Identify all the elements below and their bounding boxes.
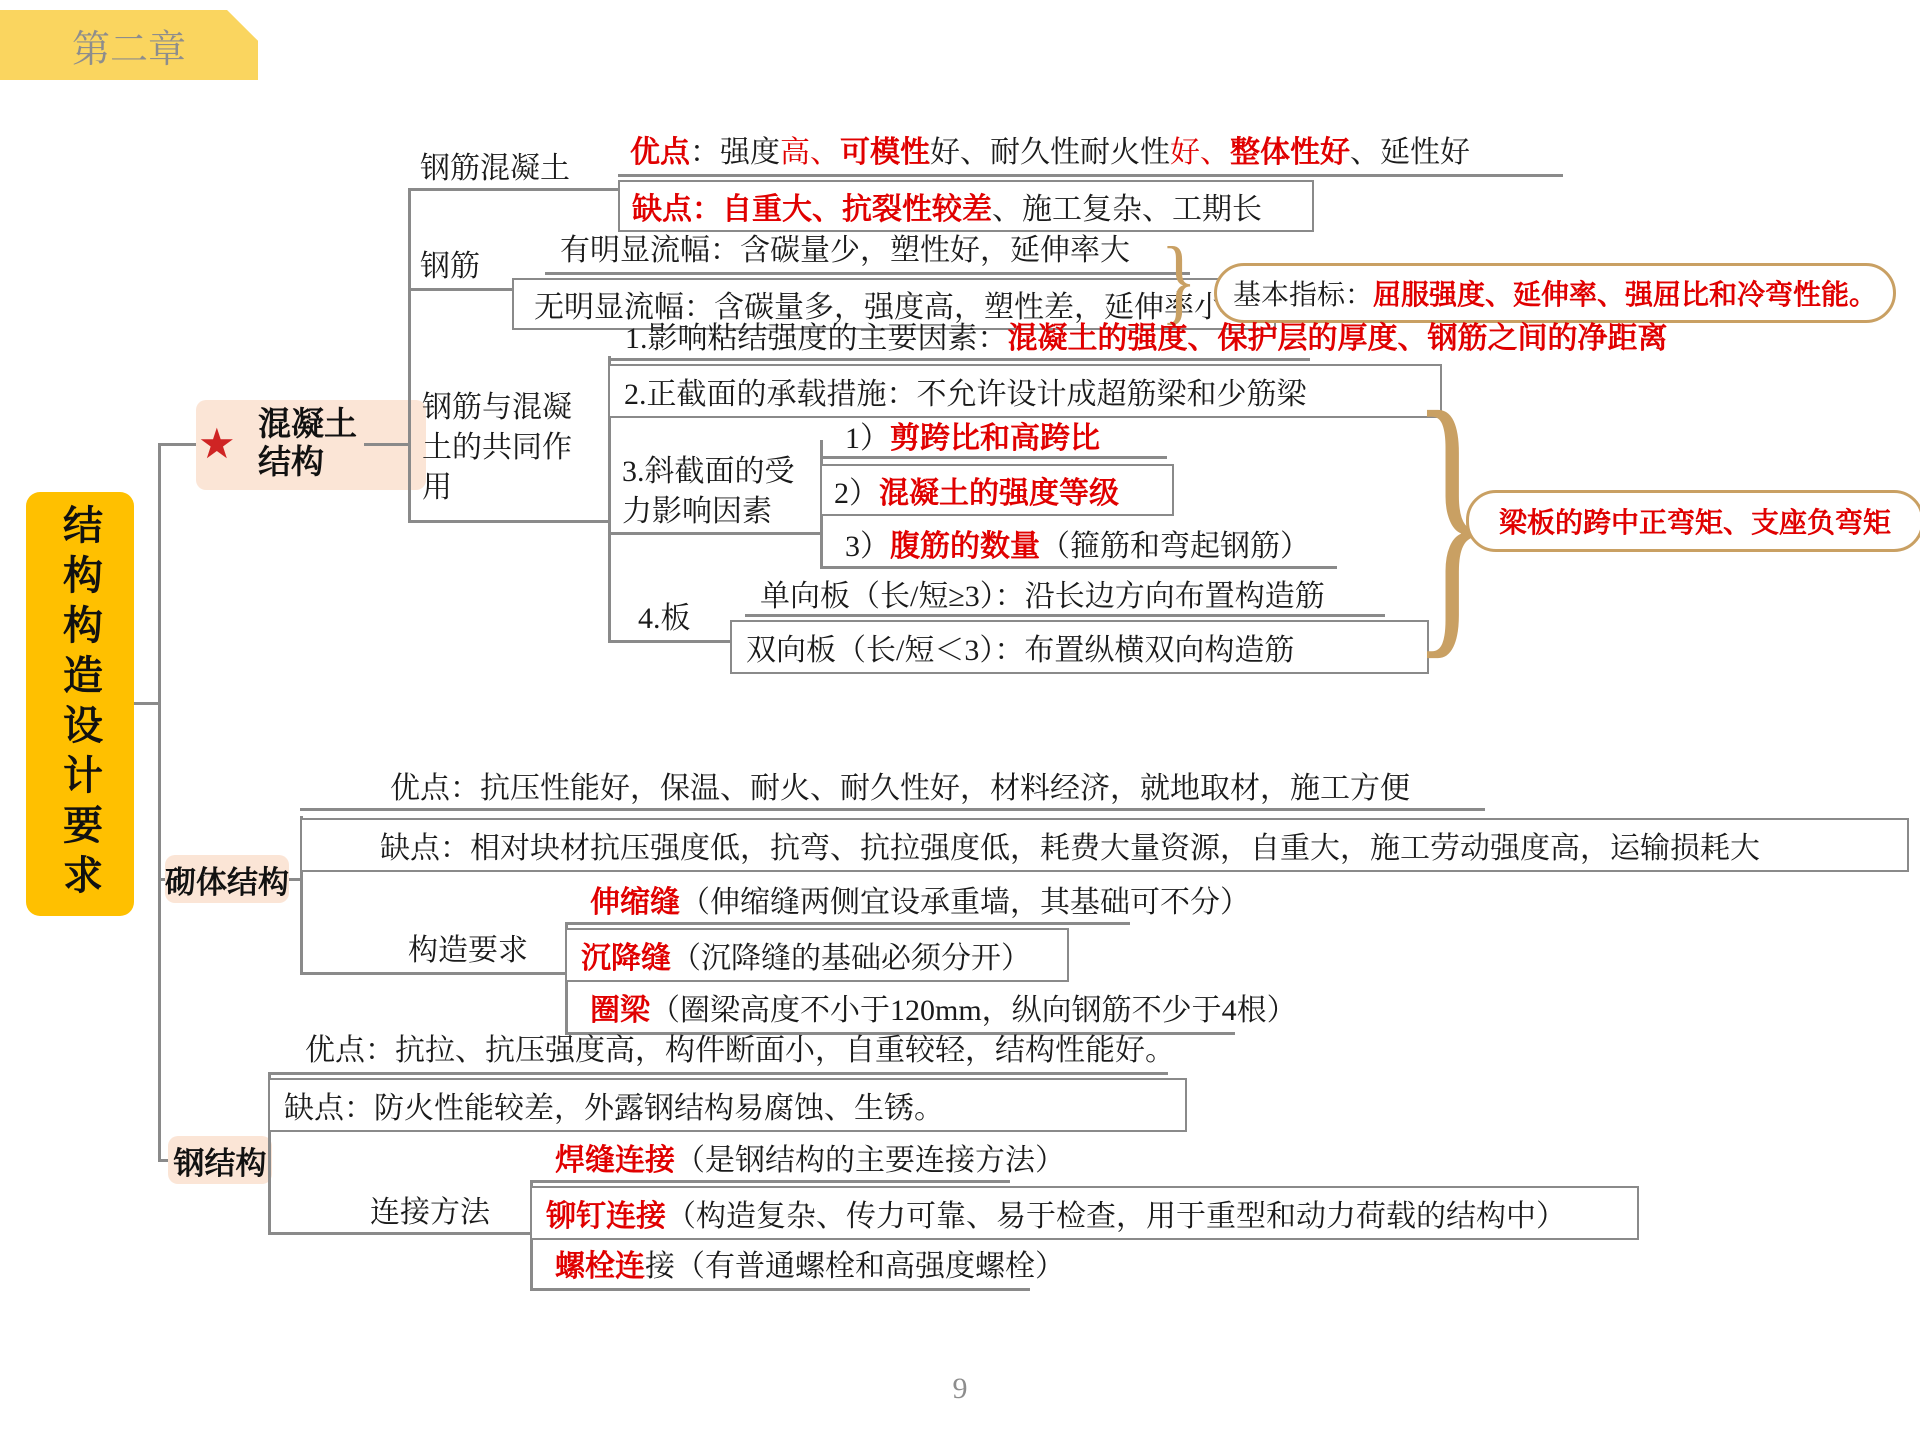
connector [134,702,158,705]
masonry-pros-text: 优点：抗压性能好，保温、耐火、耐久性好，材料经济，就地取材，施工方便 [390,770,1410,808]
connector [158,443,198,446]
label-reinforced-concrete: 钢筋混凝土 [420,150,570,188]
star-icon: ★ [198,424,236,466]
page-number: 9 [0,1372,1920,1406]
diagonal-item2-box: 2）混凝土的强度等级 [820,464,1174,516]
diagonal-item1-text: 1）剪跨比和高跨比 [845,420,1100,458]
connector [408,520,608,523]
node-steel-structure: 钢结构 [168,1136,272,1184]
joint-factor1-text: 1.影响粘结强度的主要因素：混凝土的强度、保护层的厚度、钢筋之间的净距离 [625,320,1668,358]
callout-basic-indicators: 基本指标：屈服强度、延伸率、强屈比和冷弯性能。 [1214,263,1896,323]
steel-item-weld-connection: 焊缝连接（是钢结构的主要连接方法） [555,1142,1065,1180]
label-diagonal-section: 3.斜截面的受力影响因素 [622,452,814,532]
connector [268,1232,530,1235]
slab-twoway-box: 双向板（长/短＜3）：布置纵横双向构造筋 [730,620,1429,674]
connector [408,188,622,191]
connector [530,1288,1030,1291]
rebar-with-yield-text: 有明显流幅：含碳量少，塑性好，延伸率大 [560,232,1130,270]
connector [820,566,1337,569]
node-concrete-label: 混凝土结构 [258,407,363,483]
node-steel-label: 钢结构 [174,1138,267,1183]
joint-factor2-box: 2.正截面的承载措施：不允许设计成超筋梁和少筋梁 [608,364,1442,418]
masonry-item-settlement-joint: 沉降缝（沉降缝的基础必须分开） [567,933,1031,977]
steel-cons-text: 缺点：防火性能较差，外露钢结构易腐蚀、生锈。 [270,1083,944,1127]
connector [820,456,1167,459]
connector [158,444,161,1162]
label-slab: 4.板 [638,600,691,638]
connector [364,443,408,446]
masonry-item-ring-beam: 圈梁（圈梁高度不小于120mm，纵向钢筋不少于4根） [590,992,1297,1030]
node-masonry-label: 砌体结构 [165,857,289,902]
steel-item-rivet-connection-box: 铆钉连接（构造复杂、传力可靠、易于检查，用于重型和动力荷载的结构中） [530,1186,1639,1240]
diagonal-item2-text: 2）混凝土的强度等级 [822,468,1119,512]
connector [530,1180,1010,1183]
steel-item-bolt-connection: 螺栓连接（有普通螺栓和高强度螺栓） [555,1248,1065,1286]
connector [745,614,1385,617]
steel-pros-text: 优点：抗拉、抗压强度高，构件断面小，自重较轻，结构性能好。 [305,1032,1175,1070]
label-joint-action: 钢筋与混凝土的共同作用 [422,388,584,508]
masonry-cons-box: 缺点：相对块材抗压强度低，抗弯、抗拉强度低，耗费大量资源，自重大，施工劳动强度高… [300,818,1909,872]
steel-item-rivet-connection: 铆钉连接（构造复杂、传力可靠、易于检查，用于重型和动力荷载的结构中） [532,1191,1566,1235]
rc-cons-box: 缺点：自重大、抗裂性较差、施工复杂、工期长 [618,180,1314,232]
connector [268,1072,1168,1075]
connector [545,272,1190,275]
slab-twoway-text: 双向板（长/短＜3）：布置纵横双向构造筋 [732,625,1294,669]
chapter-tag: 第二章 [0,10,258,80]
masonry-item-expansion-joint: 伸缩缝（伸缩缝两侧宜设承重墙，其基础可不分） [590,884,1250,922]
node-masonry-structure: 砌体结构 [165,855,289,903]
steel-cons-box: 缺点：防火性能较差，外露钢结构易腐蚀、生锈。 [268,1078,1187,1132]
rc-pros-text: 优点：强度高、可模性好、耐久性耐火性好、整体性好、延性好 [630,134,1470,172]
slab-oneway-text: 单向板（长/短≥3）：沿长边方向布置构造筋 [760,578,1325,616]
label-connection-methods: 连接方法 [370,1194,490,1232]
root-node: 结构构造设计要求 [26,492,134,916]
brace-small: } [1161,232,1197,328]
connector [300,808,1485,811]
connector [618,174,1563,177]
label-rebar: 钢筋 [420,248,480,286]
rc-cons-text: 缺点：自重大、抗裂性较差、施工复杂、工期长 [620,184,1262,228]
connector [289,878,300,881]
masonry-item-settlement-joint-box: 沉降缝（沉降缝的基础必须分开） [565,928,1069,982]
masonry-cons-text: 缺点：相对块材抗压强度低，抗弯、抗拉强度低，耗费大量资源，自重大，施工劳动强度高… [302,823,1760,867]
connector [408,188,411,522]
diagonal-item3-text: 3）腹筋的数量（箍筋和弯起钢筋） [845,528,1310,566]
callout-bending-moment-text: 梁板的跨中正弯矩、支座负弯矩 [1499,501,1891,541]
callout-basic-indicators-text: 基本指标：屈服强度、延伸率、强屈比和冷弯性能。 [1233,273,1877,313]
connector [565,922,1130,925]
connector [608,532,820,535]
joint-factor2-text: 2.正截面的承载措施：不允许设计成超筋梁和少筋梁 [610,369,1307,413]
connector [610,358,1310,361]
connector [608,640,730,643]
mindmap-canvas: 第二章 结构构造设计要求 混凝土结构 ★ 钢筋混凝土 优点：强度高、可模性好、耐… [0,0,1920,1440]
label-construction-requirements: 构造要求 [408,932,528,970]
callout-bending-moment: 梁板的跨中正弯矩、支座负弯矩 [1466,490,1920,552]
connector [300,972,565,975]
